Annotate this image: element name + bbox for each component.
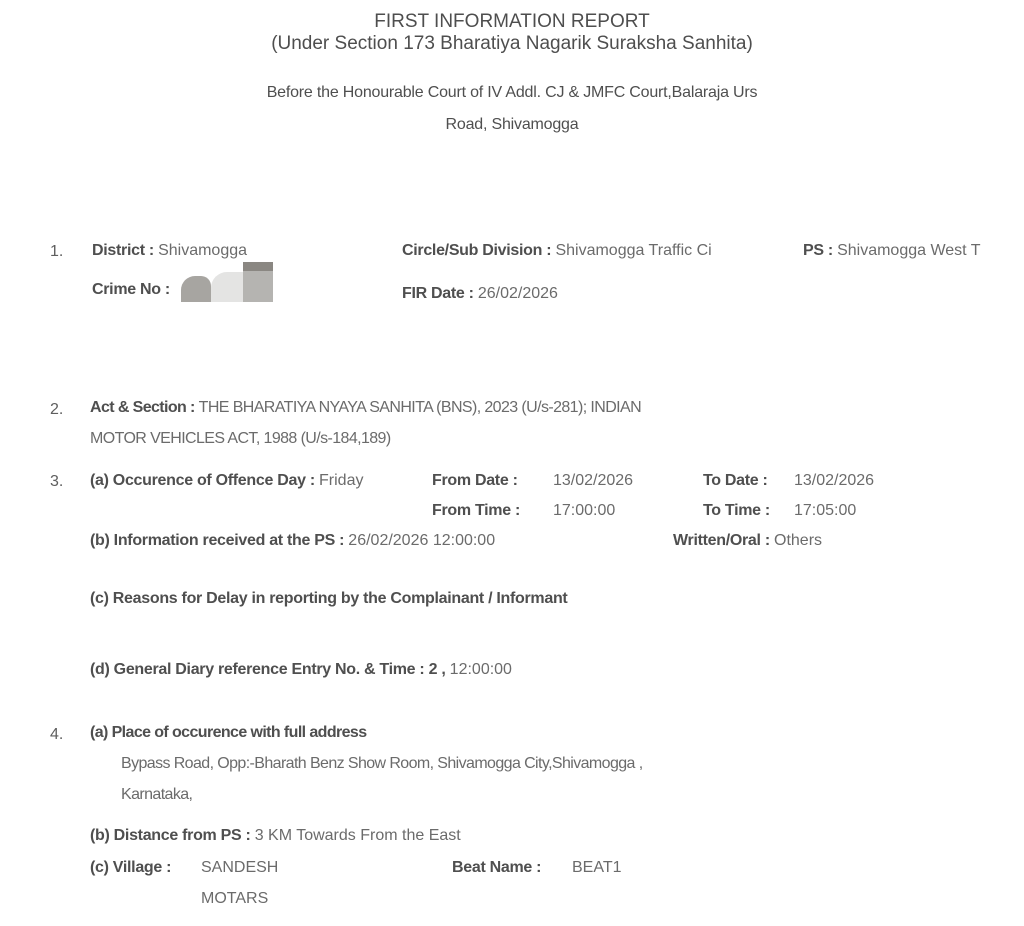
section-2-number: 2. bbox=[50, 401, 63, 419]
written-oral-value: Others bbox=[774, 532, 822, 549]
gd-reference-field: (d) General Diary reference Entry No. & … bbox=[90, 661, 512, 679]
beat-name-value: BEAT1 bbox=[572, 859, 622, 877]
gd-entry-number: 2 , bbox=[429, 661, 446, 678]
delay-reason-label: (c) Reasons for Delay bbox=[90, 590, 247, 607]
info-received-value: 26/02/2026 12:00:00 bbox=[348, 532, 495, 549]
delay-reason-label-rest: in reporting by the Complainant / Inform… bbox=[247, 590, 567, 607]
gd-entry-time: 12:00:00 bbox=[450, 661, 512, 678]
crime-no-label: Crime No : bbox=[92, 281, 170, 298]
to-time-value: 17:05:00 bbox=[794, 502, 856, 520]
offence-day-value: Friday bbox=[319, 472, 363, 489]
act-section-label: Act & Section : bbox=[90, 399, 195, 416]
village-label: (c) Village : bbox=[90, 859, 171, 877]
beat-name-label: Beat Name : bbox=[452, 859, 541, 877]
info-received-label: (b) Information received at the PS : bbox=[90, 532, 344, 549]
crime-no-field: Crime No : bbox=[92, 281, 170, 299]
to-date-label: To Date : bbox=[703, 472, 768, 490]
circle-field: Circle/Sub Division : Shivamogga Traffic… bbox=[402, 242, 712, 260]
distance-value: 3 KM Towards From the East bbox=[255, 827, 461, 844]
from-date-label: From Date : bbox=[432, 472, 518, 490]
circle-value: Shivamogga Traffic Ci bbox=[555, 242, 711, 259]
district-field: District : Shivamogga bbox=[92, 242, 247, 260]
distance-field: (b) Distance from PS : 3 KM Towards From… bbox=[90, 827, 461, 845]
written-oral-field: Written/Oral : Others bbox=[673, 532, 822, 550]
court-line-2: Road, Shivamogga bbox=[0, 116, 1024, 134]
section-1-number: 1. bbox=[50, 243, 63, 261]
act-section-value-1: THE BHARATIYA NYAYA SANHITA (BNS), 2023 … bbox=[199, 399, 641, 416]
circle-label: Circle/Sub Division : bbox=[402, 242, 551, 259]
from-time-label: From Time : bbox=[432, 502, 520, 520]
ps-field: PS : Shivamogga West T bbox=[803, 242, 981, 260]
report-subtitle: (Under Section 173 Bharatiya Nagarik Sur… bbox=[0, 33, 1024, 55]
place-label: (a) Place of occurence with full address bbox=[90, 724, 367, 742]
offence-day-field: (a) Occurence of Offence Day : Friday bbox=[90, 472, 363, 490]
fir-date-field: FIR Date : 26/02/2026 bbox=[402, 285, 558, 303]
act-section-value-2: MOTOR VEHICLES ACT, 1988 (U/s-184,189) bbox=[90, 430, 391, 448]
info-received-field: (b) Information received at the PS : 26/… bbox=[90, 532, 495, 550]
to-time-label: To Time : bbox=[703, 502, 770, 520]
to-date-value: 13/02/2026 bbox=[794, 472, 874, 490]
from-date-value: 13/02/2026 bbox=[553, 472, 633, 490]
distance-label: (b) Distance from PS : bbox=[90, 827, 251, 844]
from-time-value: 17:00:00 bbox=[553, 502, 615, 520]
ps-value: Shivamogga West T bbox=[837, 242, 980, 259]
section-3-number: 3. bbox=[50, 473, 63, 491]
fir-date-value: 26/02/2026 bbox=[478, 285, 558, 302]
district-value: Shivamogga bbox=[158, 242, 247, 259]
address-line-1: Bypass Road, Opp:-Bharath Benz Show Room… bbox=[121, 755, 643, 773]
crime-no-redaction bbox=[181, 262, 273, 302]
fir-date-label: FIR Date : bbox=[402, 285, 474, 302]
address-line-2: Karnataka, bbox=[121, 786, 192, 804]
village-value-1: SANDESH bbox=[201, 859, 278, 877]
report-title: FIRST INFORMATION REPORT bbox=[0, 11, 1024, 33]
ps-label: PS : bbox=[803, 242, 833, 259]
section-4-number: 4. bbox=[50, 726, 63, 744]
written-oral-label: Written/Oral : bbox=[673, 532, 770, 549]
gd-reference-label: (d) General Diary reference Entry No. & … bbox=[90, 661, 424, 678]
district-label: District : bbox=[92, 242, 154, 259]
delay-reason-field: (c) Reasons for Delay in reporting by th… bbox=[90, 590, 567, 608]
village-value-2: MOTARS bbox=[201, 890, 268, 908]
offence-day-label: (a) Occurence of Offence Day : bbox=[90, 472, 315, 489]
act-section-field: Act & Section : THE BHARATIYA NYAYA SANH… bbox=[90, 399, 641, 417]
court-line-1: Before the Honourable Court of IV Addl. … bbox=[0, 84, 1024, 102]
